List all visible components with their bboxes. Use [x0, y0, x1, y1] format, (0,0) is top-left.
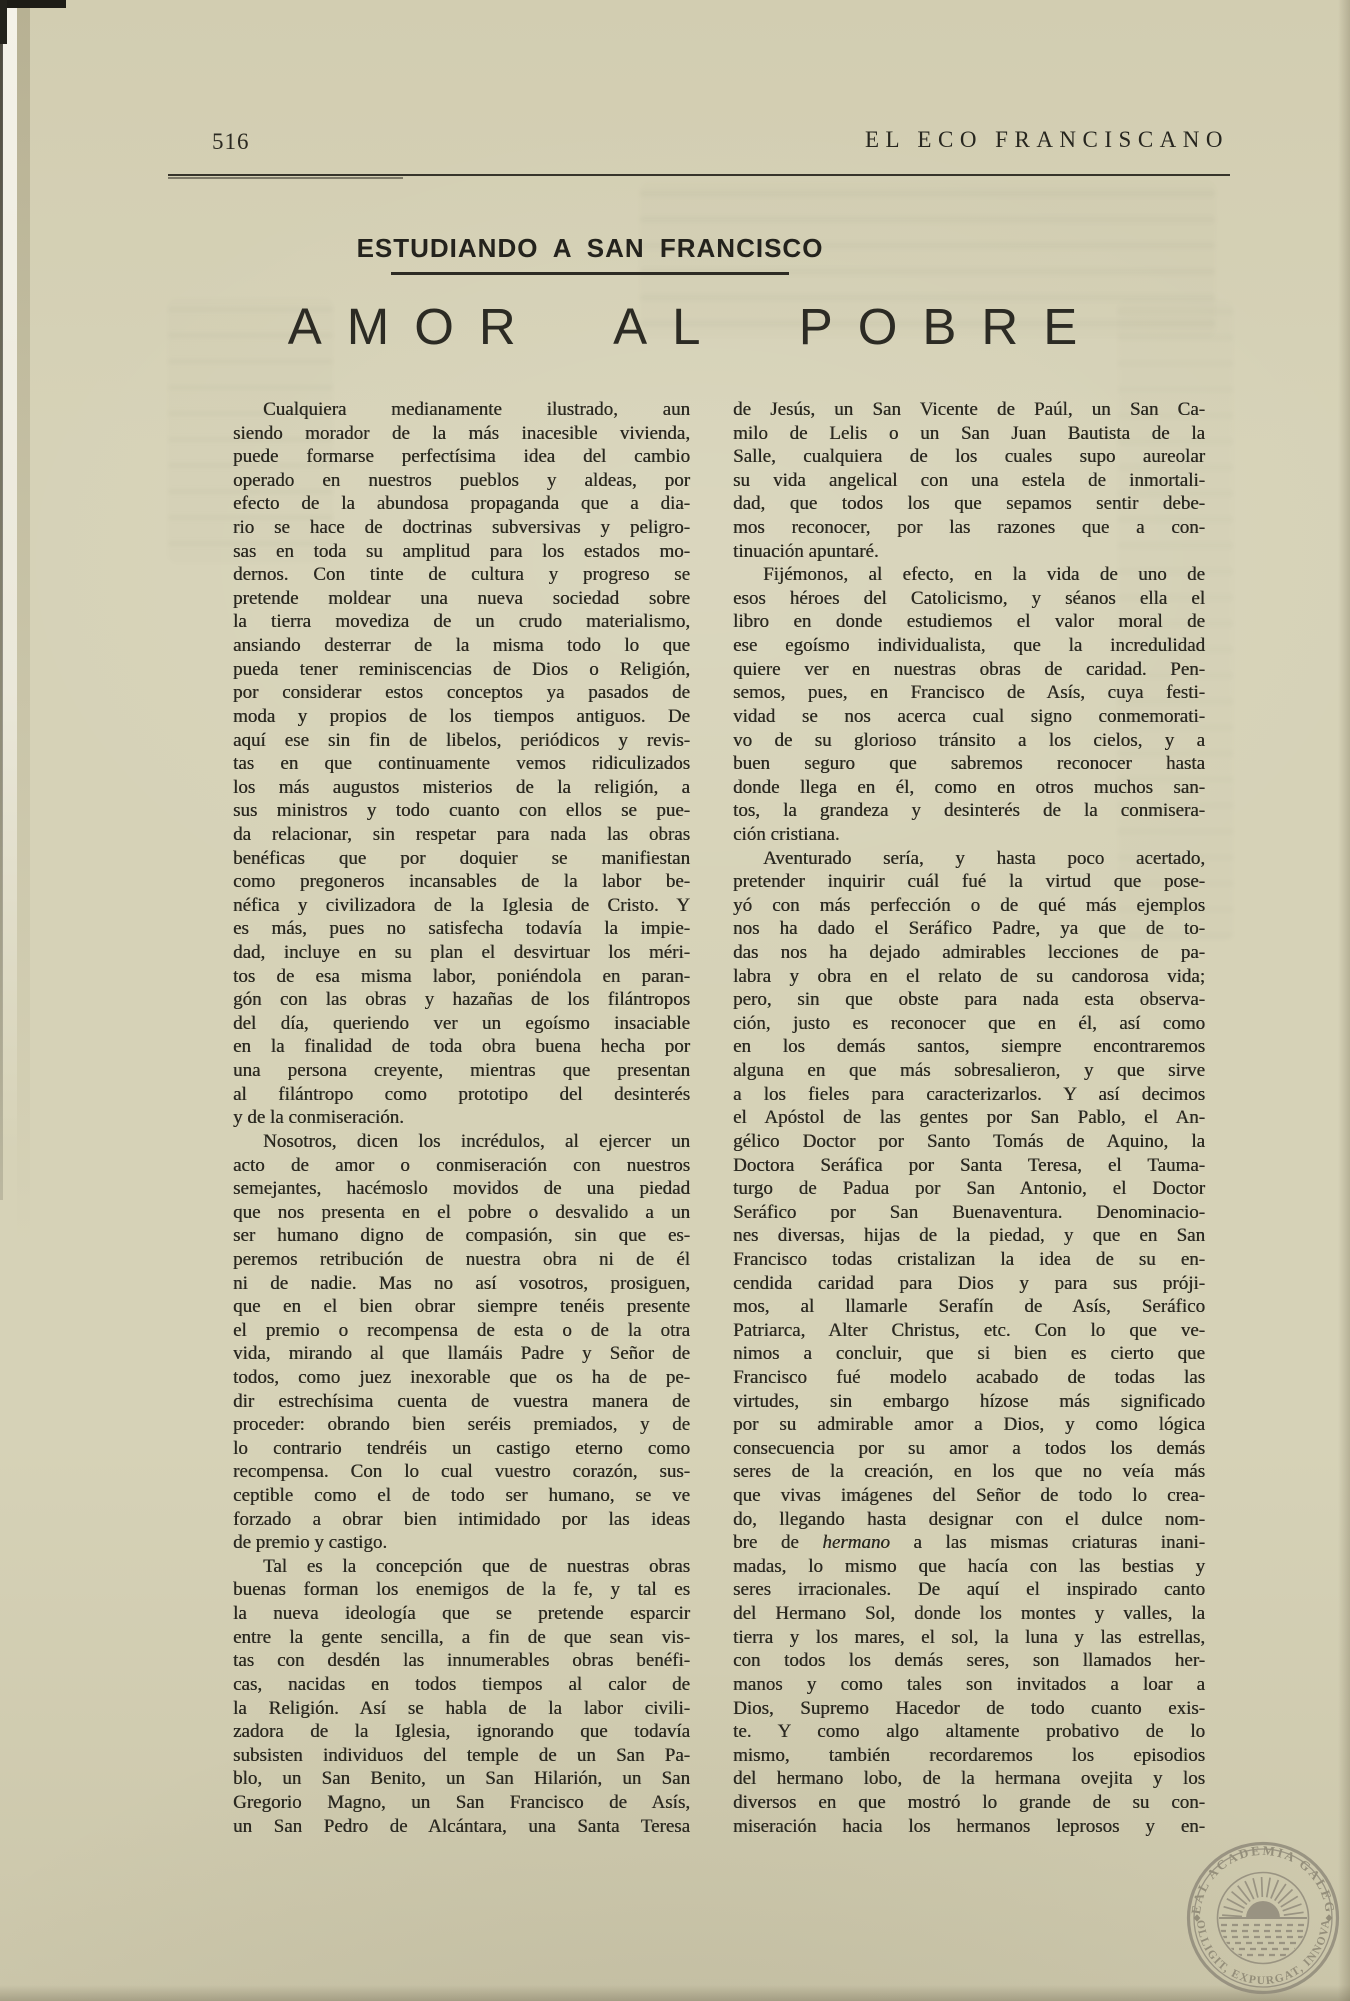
- text-line: por su admirable amor a Dios, y como lóg…: [733, 1413, 1205, 1437]
- text-line: al filántropo como prototipo del desinte…: [233, 1083, 690, 1107]
- article-title: AMOR AL POBRE: [160, 297, 1230, 356]
- text-line: ser humano digno de compasión, sin que e…: [233, 1224, 690, 1248]
- text-line: puede formarse perfectísima idea del cam…: [233, 445, 690, 469]
- text-line: semejantes, hacémoslo movidos de una pie…: [233, 1177, 690, 1201]
- text-line: Dios, Supremo Hacedor de todo cuanto exi…: [733, 1697, 1205, 1721]
- text-line: Cualquiera medianamente ilustrado, aun: [233, 398, 690, 422]
- text-line: el premio o recompensa de esta o de la o…: [233, 1319, 690, 1343]
- text-line: Francisco fué modelo acabado de todas la…: [733, 1366, 1205, 1390]
- text-line: aquí ese sin fin de libelos, periódicos …: [233, 729, 690, 753]
- text-line: tas con desdén las innumerables obras be…: [233, 1649, 690, 1673]
- text-line: da relacionar, sin respetar para nada la…: [233, 823, 690, 847]
- text-line: Gregorio Magno, un San Francisco de Asís…: [233, 1791, 690, 1815]
- text-line: sas en toda su amplitud para los estados…: [233, 540, 690, 564]
- text-line: del día, queriendo ver un egoísmo insaci…: [233, 1012, 690, 1036]
- text-line: Aventurado sería, y hasta poco acertado,: [733, 847, 1205, 871]
- text-line: consecuencia por su amor a todos los dem…: [733, 1437, 1205, 1461]
- text-line: ese egoísmo individualista, que la incre…: [733, 634, 1205, 658]
- scan-edge-artifact: [0, 0, 3, 1200]
- text-line: como pregoneros incansables de la labor …: [233, 870, 690, 894]
- text-line: manos y como tales son invitados a loar …: [733, 1673, 1205, 1697]
- text-line: nes diversas, hijas de la piedad, y que …: [733, 1224, 1205, 1248]
- page-number: 516: [212, 129, 250, 155]
- text-line: subsisten individuos del temple de un Sa…: [233, 1744, 690, 1768]
- text-line: acto de amor o conmiseración con nuestro…: [233, 1154, 690, 1178]
- text-line: diversos en que mostró lo grande de su c…: [733, 1791, 1205, 1815]
- text-line: seres de la creación, en los que no veía…: [733, 1460, 1205, 1484]
- text-line: ni de nadie. Mas no así vosotros, prosig…: [233, 1272, 690, 1296]
- text-line: rio se hace de doctrinas subversivas y p…: [233, 516, 690, 540]
- text-line: siendo morador de la más inacesible vivi…: [233, 422, 690, 446]
- text-line: Doctora Seráfica por Santa Teresa, el Ta…: [733, 1154, 1205, 1178]
- text-line: que vivas imágenes del Señor de todo lo …: [733, 1484, 1205, 1508]
- text-line: ansiando desterrar de la misma todo lo q…: [233, 634, 690, 658]
- text-line: nos ha dado el Seráfico Padre, ya que de…: [733, 917, 1205, 941]
- text-line: ción cristiana.: [733, 823, 1205, 847]
- text-line: gón con las obras y hazañas de los filán…: [233, 988, 690, 1012]
- text-line: el Apóstol de las gentes por San Pablo, …: [733, 1106, 1205, 1130]
- text-line: nimos a concluir, que si bien es cierto …: [733, 1342, 1205, 1366]
- text-line: de Jesús, un San Vicente de Paúl, un San…: [733, 398, 1205, 422]
- academy-seal: REAL ACADEMIA GALEGA COLLIGIT, EXPURGAT,…: [1186, 1841, 1340, 1995]
- text-line: forzado a obrar bien intimidado por las …: [233, 1508, 690, 1532]
- text-line: la nueva ideología que se pretende espar…: [233, 1602, 690, 1626]
- text-line: pero, sin que obste para nada esta obser…: [733, 988, 1205, 1012]
- scanned-page: 516 EL ECO FRANCISCANO ESTUDIANDO A SAN …: [0, 0, 1350, 2001]
- text-line: pretender inquirir cuál fué la virtud qu…: [733, 870, 1205, 894]
- text-line: y de la conmiseración.: [233, 1106, 690, 1130]
- text-line: efecto de la abundosa propaganda que a d…: [233, 492, 690, 516]
- text-line: vidad se nos acerca cual signo conmemora…: [733, 705, 1205, 729]
- text-line: miseración hacia los hermanos leprosos y…: [733, 1815, 1205, 1839]
- scan-corner-artifact: [0, 0, 7, 44]
- scan-edge-artifact: [2, 0, 17, 1150]
- text-line: la Religión. Así se habla de la labor ci…: [233, 1697, 690, 1721]
- text-line: das nos ha dejado admirables lecciones d…: [733, 941, 1205, 965]
- text-line: tos de esa misma labor, poniéndola en pa…: [233, 965, 690, 989]
- text-line: que nos presenta en el pobre o desvalido…: [233, 1201, 690, 1225]
- text-line: turgo de Padua por San Antonio, el Docto…: [733, 1177, 1205, 1201]
- text-line: a los fieles para caracterizarlos. Y así…: [733, 1083, 1205, 1107]
- text-line: todos, como juez inexorable que os ha de…: [233, 1366, 690, 1390]
- text-line: benéficas que por doquier se manifiestan: [233, 847, 690, 871]
- text-line: mismo, también recordaremos los episodio…: [733, 1744, 1205, 1768]
- text-line: Tal es la concepción que de nuestras obr…: [233, 1555, 690, 1579]
- text-line: gélico Doctor por Santo Tomás de Aquino,…: [733, 1130, 1205, 1154]
- text-line: Seráfico por San Buenaventura. Denominac…: [733, 1201, 1205, 1225]
- text-line: labra y obra en el relato de su candoros…: [733, 965, 1205, 989]
- rising-sun-icon: [1219, 1877, 1307, 1955]
- text-line: pueda tener reminiscencias de Dios o Rel…: [233, 658, 690, 682]
- text-line: do, llegando hasta designar con el dulce…: [733, 1508, 1205, 1532]
- text-line: dernos. Con tinte de cultura y progreso …: [233, 563, 690, 587]
- text-line: buenas forman los enemigos de la fe, y t…: [233, 1578, 690, 1602]
- text-line: una persona creyente, mientras que prese…: [233, 1059, 690, 1083]
- text-line: es más, pues no satisfecha todavía la im…: [233, 917, 690, 941]
- kicker-underline: [391, 272, 789, 275]
- article-kicker: ESTUDIANDO A SAN FRANCISCO: [330, 233, 850, 264]
- text-line: que en el bien obrar siempre tenéis pres…: [233, 1295, 690, 1319]
- text-line: blo, un San Benito, un San Hilarión, un …: [233, 1767, 690, 1791]
- header-rule-fragment: [168, 177, 403, 179]
- text-line: te. Y como algo altamente probativo de l…: [733, 1720, 1205, 1744]
- text-line: recompensa. Con lo cual vuestro corazón,…: [233, 1460, 690, 1484]
- text-line: dir estrechísima cuenta de vuestra maner…: [233, 1390, 690, 1414]
- text-line: tinuación apuntaré.: [733, 540, 1205, 564]
- text-line: tos, la grandeza y desinterés de la conm…: [733, 799, 1205, 823]
- column-left: Cualquiera medianamente ilustrado, aunsi…: [233, 398, 690, 1838]
- text-line: peremos retribución de nuestra obra ni d…: [233, 1248, 690, 1272]
- text-line: de premio y castigo.: [233, 1531, 690, 1555]
- text-line: virtudes, sin embargo hízose más signifi…: [733, 1390, 1205, 1414]
- text-line: mos, al llamarle Serafín de Asís, Seráfi…: [733, 1295, 1205, 1319]
- column-right: de Jesús, un San Vicente de Paúl, un San…: [733, 398, 1205, 1838]
- text-line: Nosotros, dicen los incrédulos, al ejerc…: [233, 1130, 690, 1154]
- text-line: cendida caridad para Dios y para sus pró…: [733, 1272, 1205, 1296]
- text-line: los más augustos misterios de la religió…: [233, 776, 690, 800]
- text-line: mos reconocer, por las razones que a con…: [733, 516, 1205, 540]
- text-line: cas, nacidas en todos tiempos al calor d…: [233, 1673, 690, 1697]
- text-line: alguna en que más sobresalieron, y que s…: [733, 1059, 1205, 1083]
- text-line: un San Pedro de Alcántara, una Santa Ter…: [233, 1815, 690, 1839]
- text-line: del hermano lobo, de la hermana ovejita …: [733, 1767, 1205, 1791]
- text-line: buen seguro que sabremos reconocer hasta: [733, 752, 1205, 776]
- text-line: esos héroes del Catolicismo, y séanos el…: [733, 587, 1205, 611]
- text-line: dad, que todos los que sepamos sentir de…: [733, 492, 1205, 516]
- text-line: lo contrario tendréis un castigo eterno …: [233, 1437, 690, 1461]
- text-line: Francisco todas cristalizan la idea de s…: [733, 1248, 1205, 1272]
- text-line: vida, mirando al que llamáis Padre y Señ…: [233, 1342, 690, 1366]
- text-line: operado en nuestros pueblos y aldeas, po…: [233, 469, 690, 493]
- text-line: pretende moldear una nueva sociedad sobr…: [233, 587, 690, 611]
- text-line: seres irracionales. De aquí el inspirado…: [733, 1578, 1205, 1602]
- text-line: del Hermano Sol, donde los montes y vall…: [733, 1602, 1205, 1626]
- text-line: donde llega en él, como en otros muchos …: [733, 776, 1205, 800]
- text-line: moda y propios de los tiempos antiguos. …: [233, 705, 690, 729]
- scan-edge-artifact: [17, 0, 30, 1250]
- text-line: Fijémonos, al efecto, en la vida de uno …: [733, 563, 1205, 587]
- journal-title: EL ECO FRANCISCANO: [865, 127, 1229, 153]
- text-line: tas en que continuamente vemos ridiculiz…: [233, 752, 690, 776]
- text-line: entre la gente sencilla, a fin de que se…: [233, 1626, 690, 1650]
- text-line: su vida angelical con una estela de inmo…: [733, 469, 1205, 493]
- text-line: la tierra movediza de un crudo materiali…: [233, 610, 690, 634]
- scan-edge-artifact: [0, 1985, 1350, 2001]
- text-line: en la finalidad de toda obra buena hecha…: [233, 1035, 690, 1059]
- header-rule: [168, 174, 1230, 176]
- text-line: yó con más perfección o de qué más ejemp…: [733, 894, 1205, 918]
- text-line: libro en donde estudiemos el valor moral…: [733, 610, 1205, 634]
- text-line: dad, incluye en su plan el desvirtuar lo…: [233, 941, 690, 965]
- text-line: vo de su glorioso tránsito a los cielos,…: [733, 729, 1205, 753]
- text-line: Patriarca, Alter Christus, etc. Con lo q…: [733, 1319, 1205, 1343]
- text-line: tierra y los mares, el sol, la luna y la…: [733, 1626, 1205, 1650]
- text-line: néfica y civilizadora de la Iglesia de C…: [233, 894, 690, 918]
- text-line: quiere ver en nuestras obras de caridad.…: [733, 658, 1205, 682]
- text-line: Salle, cualquiera de los cuales supo aur…: [733, 445, 1205, 469]
- text-line: sus ministros y todo cuanto con ellos se…: [233, 799, 690, 823]
- text-line: por considerar estos conceptos ya pasado…: [233, 681, 690, 705]
- scan-corner-artifact: [0, 0, 66, 8]
- scan-edge-artifact: [1338, 0, 1350, 2001]
- text-line: en los demás santos, siempre encontrarem…: [733, 1035, 1205, 1059]
- text-line: milo de Lelis o un San Juan Bautista de …: [733, 422, 1205, 446]
- text-line: madas, lo mismo que hacía con las bestia…: [733, 1555, 1205, 1579]
- text-line: con todos los demás seres, son llamados …: [733, 1649, 1205, 1673]
- text-line: bre de hermano a las mismas criaturas in…: [733, 1531, 1205, 1555]
- text-line: ceptible como el de todo ser humano, se …: [233, 1484, 690, 1508]
- text-line: semos, pues, en Francisco de Asís, cuya …: [733, 681, 1205, 705]
- text-line: zadora de la Iglesia, ignorando que toda…: [233, 1720, 690, 1744]
- text-line: proceder: obrando bien seréis premiados,…: [233, 1413, 690, 1437]
- text-line: ción, justo es reconocer que en él, así …: [733, 1012, 1205, 1036]
